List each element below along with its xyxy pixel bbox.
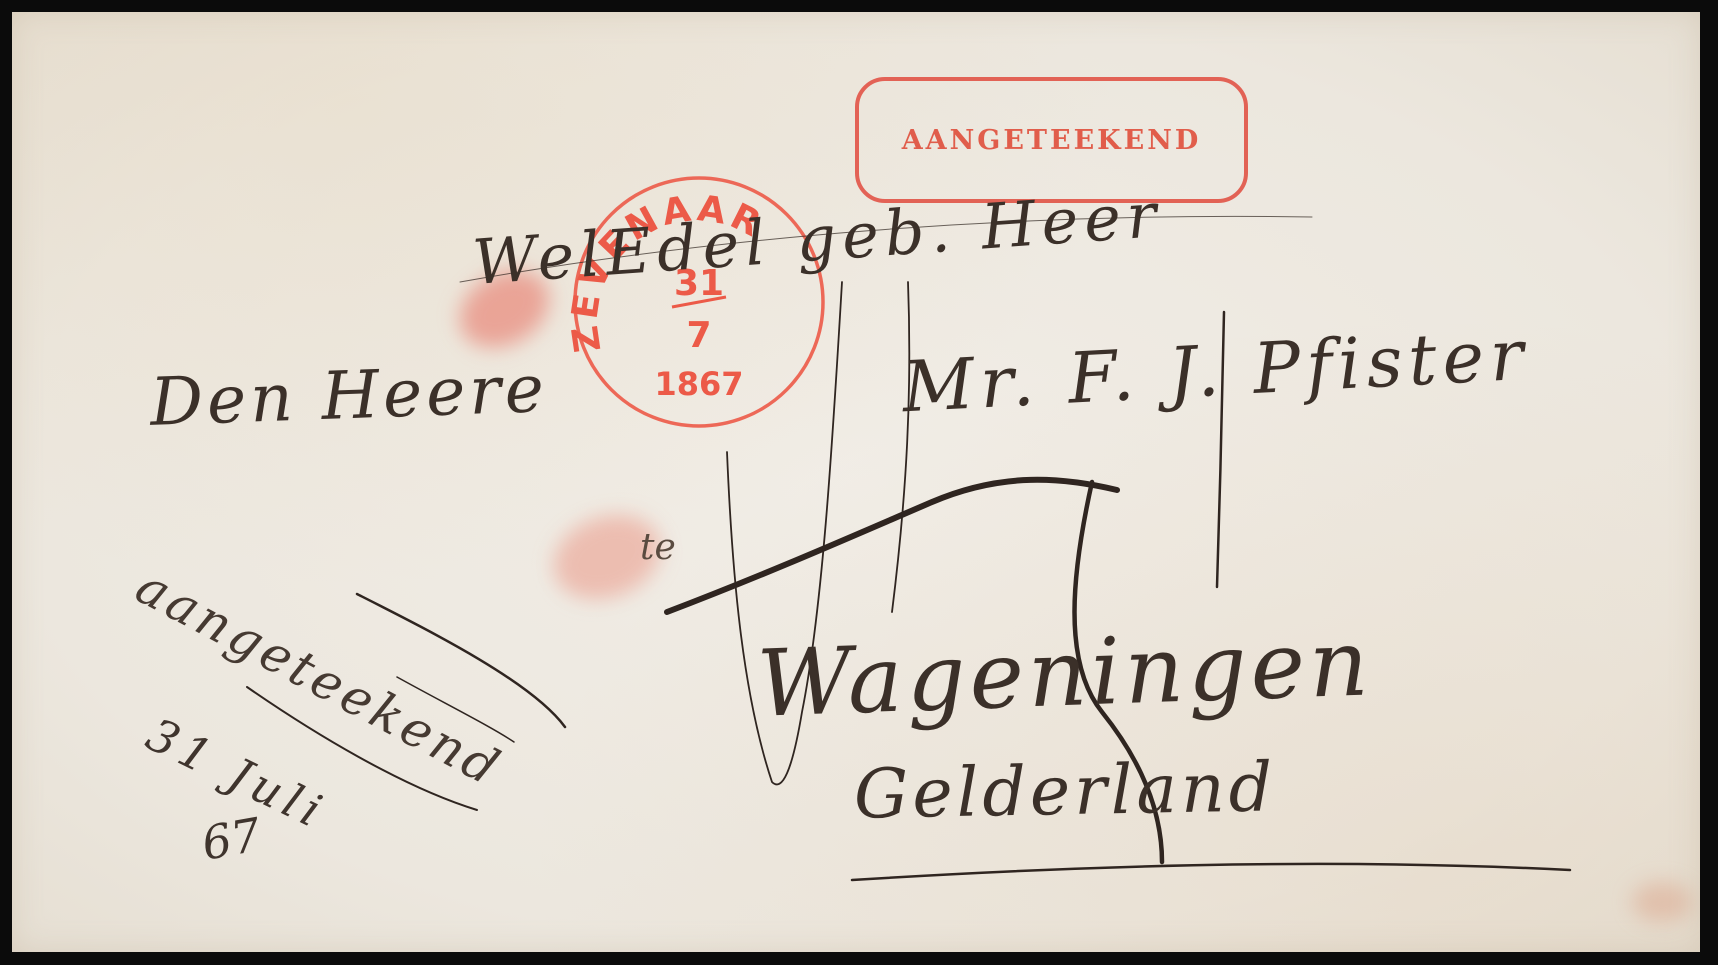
- postmark-month: 7: [686, 315, 711, 356]
- address-line-prefix: Den Heere: [149, 350, 549, 441]
- registration-stamp: AANGETEEKEND: [855, 77, 1248, 203]
- address-city: Wageningen: [755, 609, 1374, 737]
- postmark-year: 1867: [654, 365, 743, 403]
- address-province: Gelderland: [853, 748, 1277, 834]
- registration-stamp-text: AANGETEEKEND: [902, 125, 1202, 156]
- foxing-stain: [1632, 882, 1692, 922]
- address-connector: te: [640, 527, 676, 568]
- notation-year: 67: [198, 807, 265, 870]
- address-line-name: Mr. F. J. Pfister: [900, 314, 1531, 429]
- envelope: AANGETEEKEND ZEVENAAR 31 7 1867: [12, 12, 1700, 952]
